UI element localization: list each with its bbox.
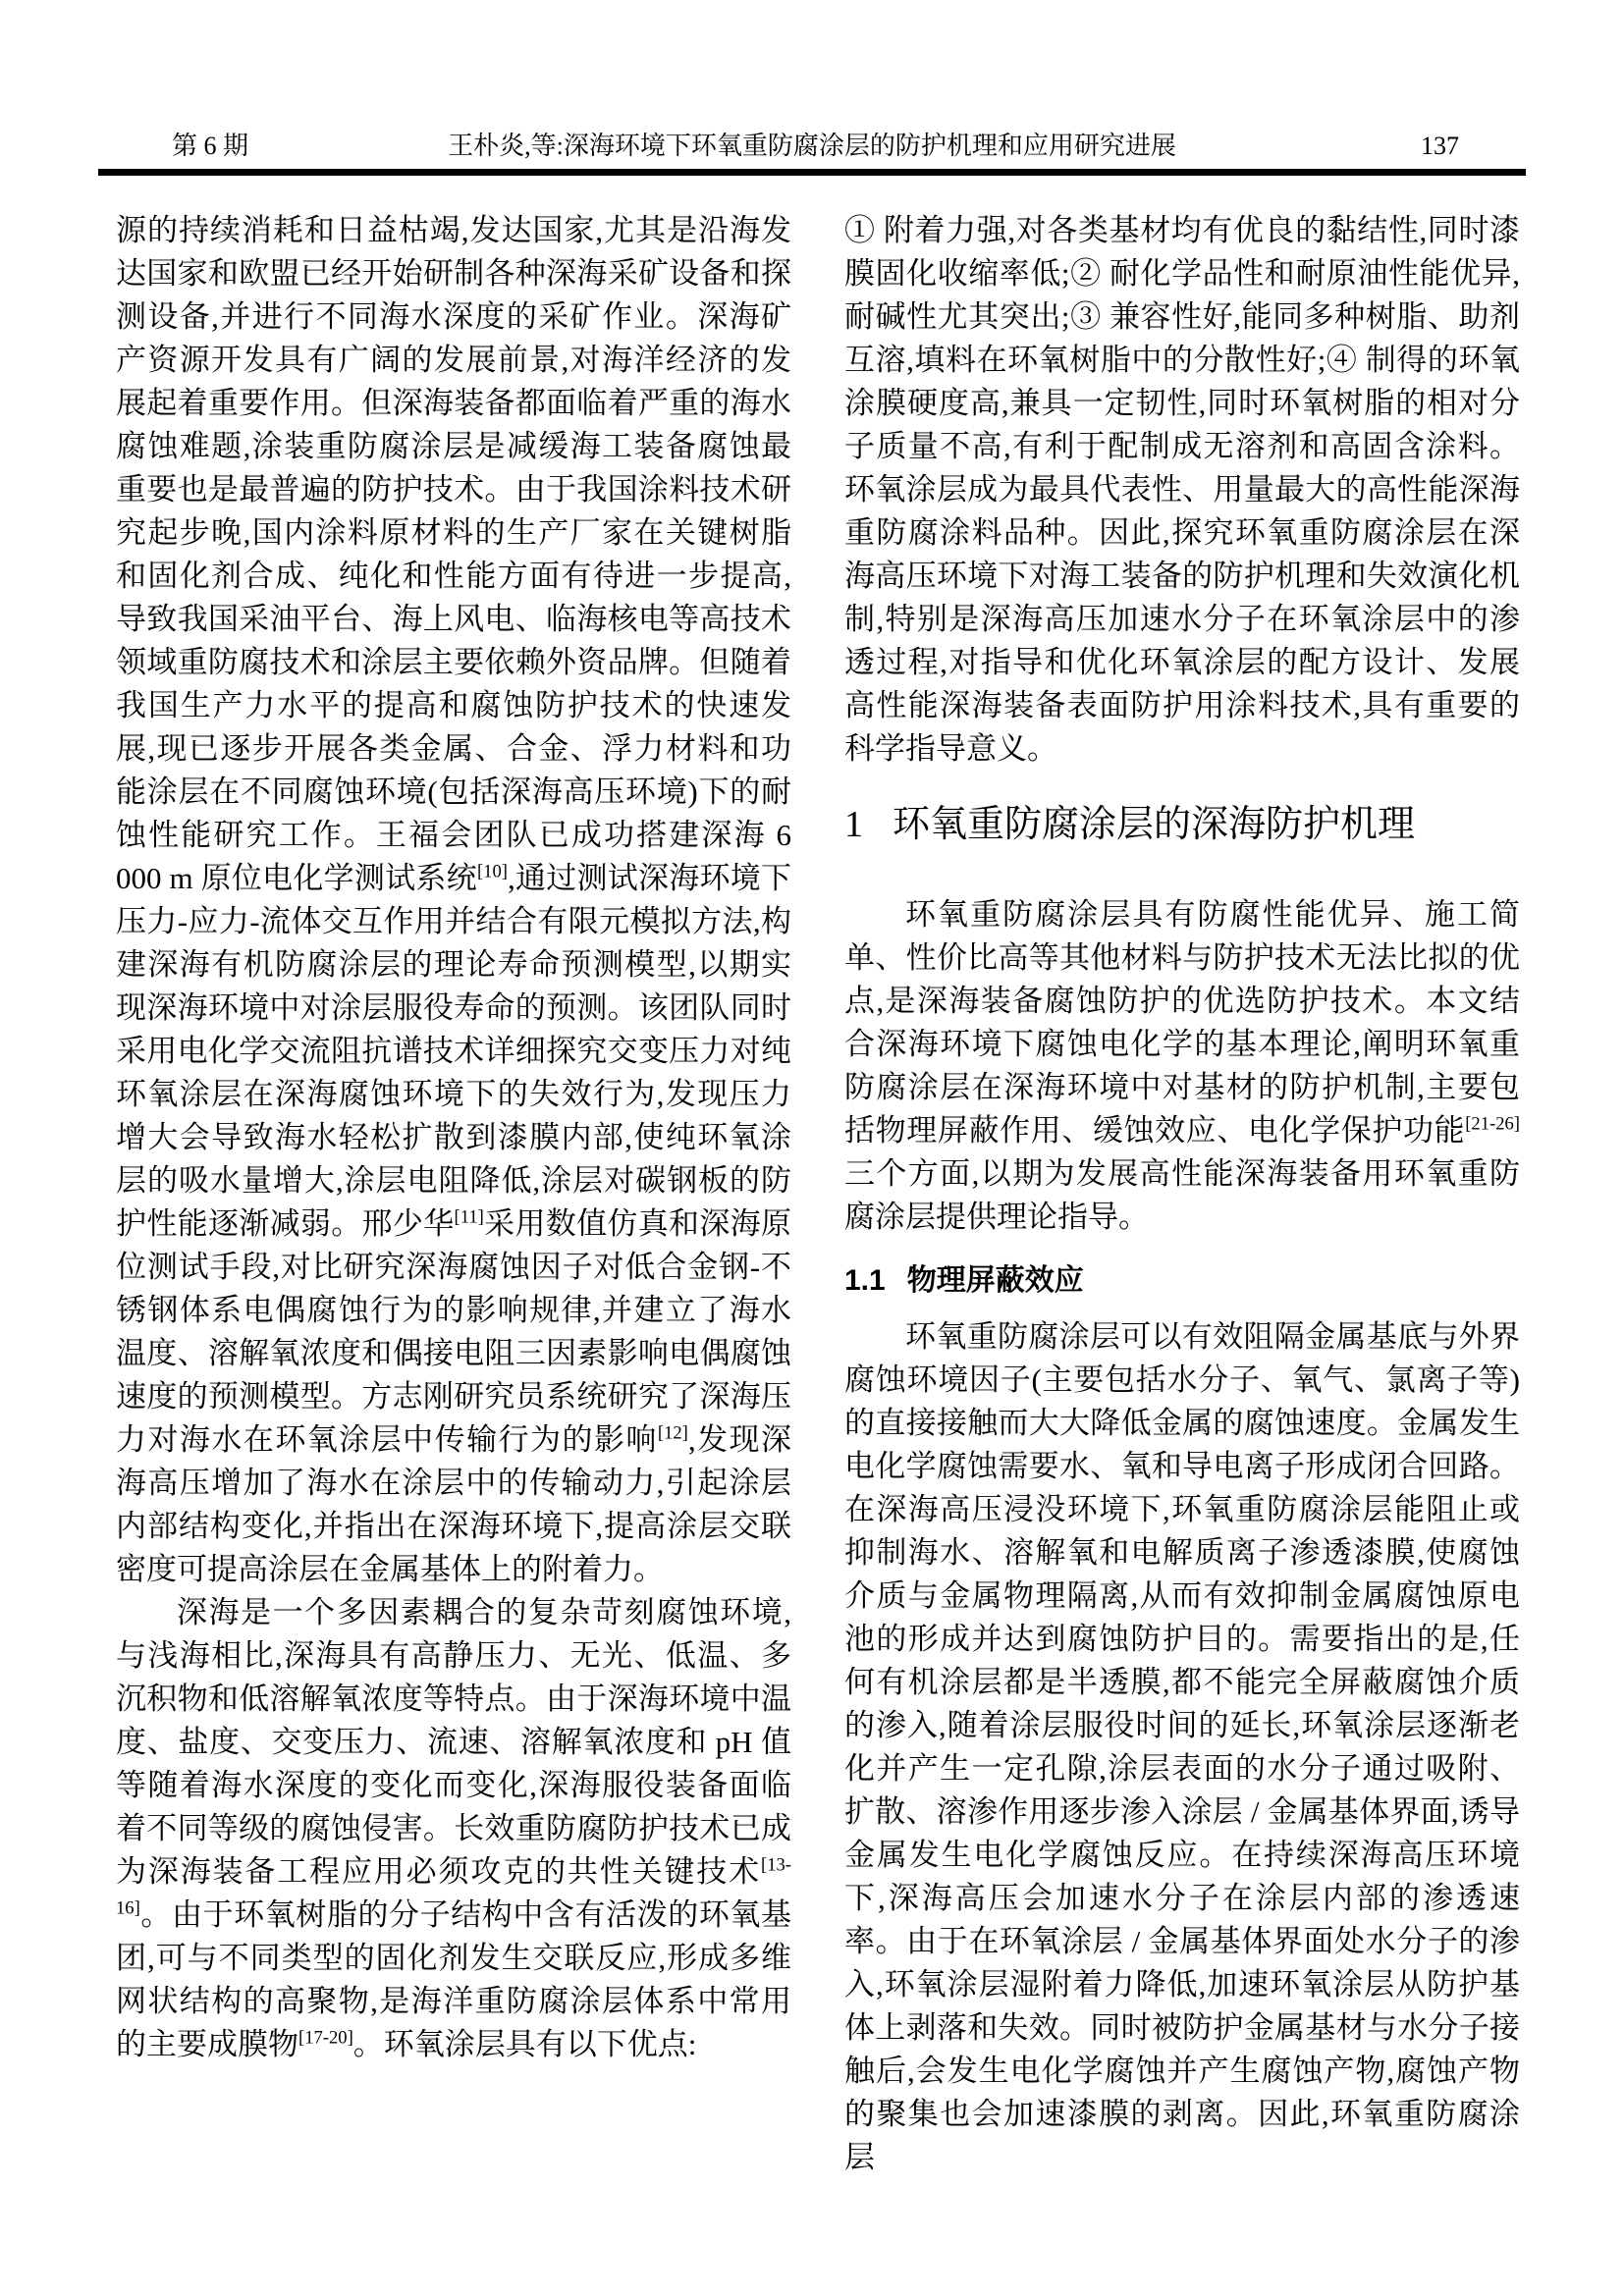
paragraph: 源的持续消耗和日益枯竭,发达国家,尤其是沿海发达国家和欧盟已经开始研制各种深海采… bbox=[116, 209, 791, 1591]
page-number: 137 bbox=[1421, 126, 1459, 167]
citation-ref: [17-20] bbox=[298, 2028, 353, 2049]
heading-number: 1.1 bbox=[844, 1264, 886, 1297]
citation-ref: [10] bbox=[477, 862, 508, 882]
section-heading: 1环氧重防腐涂层的深海防护机理 bbox=[844, 801, 1520, 848]
paragraph: ① 附着力强,对各类基材均有优良的黏结性,同时漆膜固化收缩率低;② 耐化学品性和… bbox=[844, 209, 1520, 771]
left-column: 源的持续消耗和日益枯竭,发达国家,尤其是沿海发达国家和欧盟已经开始研制各种深海采… bbox=[116, 209, 791, 2066]
citation-ref: [11] bbox=[455, 1207, 484, 1228]
heading-number: 1 bbox=[844, 804, 863, 845]
right-column: ① 附着力强,对各类基材均有优良的黏结性,同时漆膜固化收缩率低;② 耐化学品性和… bbox=[844, 209, 1520, 2179]
subsection-heading: 1.1物理屏蔽效应 bbox=[844, 1258, 1520, 1304]
citation-ref: [13-16] bbox=[116, 1855, 791, 1919]
paragraph: 深海是一个多因素耦合的复杂苛刻腐蚀环境,与浅海相比,深海具有高静压力、无光、低温… bbox=[116, 1591, 791, 2066]
paper-page: 第 6 期 王朴炎,等:深海环境下环氧重防腐涂层的防护机理和应用研究进展 137… bbox=[0, 0, 1624, 2296]
heading-title: 环氧重防腐涂层的深海防护机理 bbox=[893, 804, 1415, 845]
citation-ref: [21-26] bbox=[1465, 1114, 1520, 1135]
running-title: 王朴炎,等:深海环境下环氧重防腐涂层的防护机理和应用研究进展 bbox=[98, 126, 1526, 167]
header-rule bbox=[98, 169, 1526, 176]
heading-title: 物理屏蔽效应 bbox=[907, 1264, 1084, 1297]
paragraph: 环氧重防腐涂层可以有效阻隔金属基底与外界腐蚀环境因子(主要包括水分子、氧气、氯离… bbox=[844, 1315, 1520, 2179]
running-header: 第 6 期 王朴炎,等:深海环境下环氧重防腐涂层的防护机理和应用研究进展 137 bbox=[98, 126, 1526, 167]
paragraph: 环氧重防腐涂层具有防腐性能优异、施工简单、性价比高等其他材料与防护技术无法比拟的… bbox=[844, 893, 1520, 1239]
citation-ref: [12] bbox=[658, 1423, 688, 1444]
